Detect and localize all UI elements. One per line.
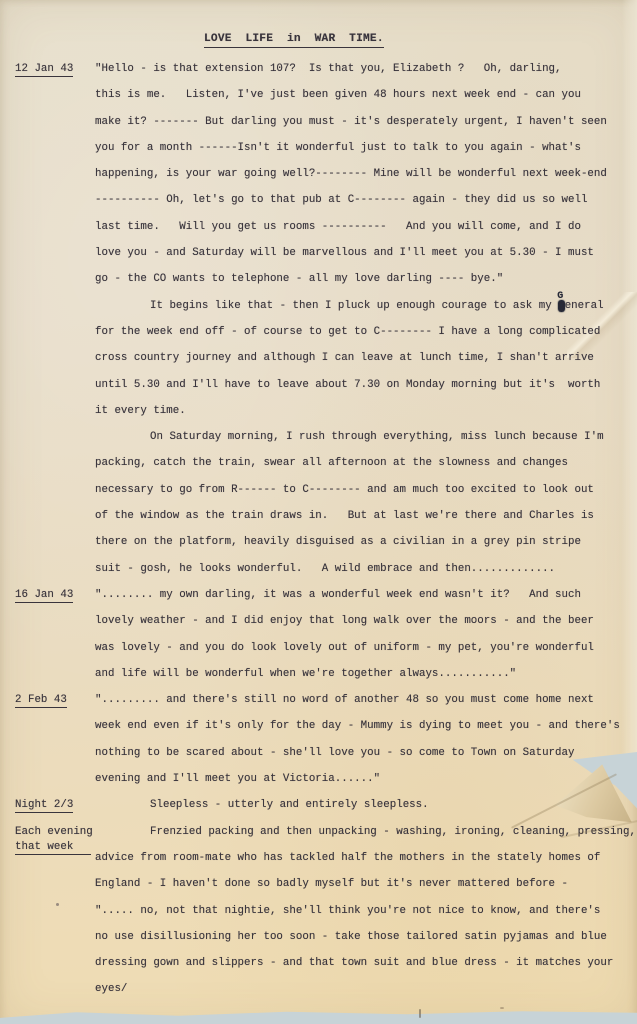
paper-speck bbox=[419, 1009, 421, 1018]
typed-line: ---------- Oh, let's go to that pub at C… bbox=[0, 194, 637, 220]
typed-text: love you - and Saturday will be marvello… bbox=[95, 247, 594, 259]
typed-line: for the week end off - of course to get … bbox=[0, 326, 637, 352]
typed-text: you for a month ------Isn't it wonderful… bbox=[95, 142, 581, 154]
typed-line: advice from room-mate who has tackled ha… bbox=[0, 852, 637, 878]
typed-text: On Saturday morning, I rush through ever… bbox=[150, 431, 604, 443]
typed-line: eyes/ bbox=[0, 983, 637, 1009]
typed-line: Each eveningthat weekFrenzied packing an… bbox=[0, 826, 637, 852]
margin-date-label: 2 Feb 43 bbox=[15, 694, 67, 708]
typed-text: eyes/ bbox=[95, 983, 127, 995]
typed-text: It begins like that - then I pluck up en… bbox=[150, 300, 604, 312]
typed-text: dressing gown and slippers - and that to… bbox=[95, 957, 613, 969]
typed-line: week end even if it's only for the day -… bbox=[0, 720, 637, 746]
typed-text: no use disillusioning her too soon - tak… bbox=[95, 931, 607, 943]
typed-line: until 5.30 and I'll have to leave about … bbox=[0, 379, 637, 405]
typed-text: cross country journey and although I can… bbox=[95, 352, 594, 364]
typed-line: England - I haven't done so badly myself… bbox=[0, 878, 637, 904]
typed-line: was lovely - and you do look lovely out … bbox=[0, 642, 637, 668]
typed-line: go - the CO wants to telephone - all my … bbox=[0, 273, 637, 299]
typed-text: it every time. bbox=[95, 405, 186, 417]
typed-text: of the window as the train draws in. But… bbox=[95, 510, 594, 522]
typed-line: lovely weather - and I did enjoy that lo… bbox=[0, 615, 637, 641]
typed-line: packing, catch the train, swear all afte… bbox=[0, 457, 637, 483]
typed-text: advice from room-mate who has tackled ha… bbox=[95, 852, 600, 864]
typed-text: for the week end off - of course to get … bbox=[95, 326, 600, 338]
typed-text: evening and I'll meet you at Victoria...… bbox=[95, 773, 380, 785]
typed-line: On Saturday morning, I rush through ever… bbox=[0, 431, 637, 457]
typed-text: until 5.30 and I'll have to leave about … bbox=[95, 379, 600, 391]
typed-line: happening, is your war going well?------… bbox=[0, 168, 637, 194]
paper-speck bbox=[500, 1007, 504, 1009]
handwritten-correction-letter: G bbox=[557, 291, 563, 302]
typed-text: "........ my own darling, it was a wonde… bbox=[95, 589, 581, 601]
typed-text: lovely weather - and I did enjoy that lo… bbox=[95, 615, 594, 627]
typed-text: necessary to go from R------ to C-------… bbox=[95, 484, 594, 496]
typed-text: Sleepless - utterly and entirely sleeple… bbox=[150, 799, 429, 811]
typed-line: and life will be wonderful when we're to… bbox=[0, 668, 637, 694]
margin-date-label: 16 Jan 43 bbox=[15, 589, 73, 603]
typed-line: cross country journey and although I can… bbox=[0, 352, 637, 378]
typed-line: necessary to go from R------ to C-------… bbox=[0, 484, 637, 510]
typed-lines: 12 Jan 43"Hello - is that extension 107?… bbox=[0, 63, 637, 1010]
margin-date-label: 12 Jan 43 bbox=[15, 63, 73, 77]
typed-text: "Hello - is that extension 107? Is that … bbox=[95, 63, 562, 75]
typed-text: nothing to be scared about - she'll love… bbox=[95, 747, 574, 759]
typed-line: 2 Feb 43"......... and there's still no … bbox=[0, 694, 637, 720]
typed-text-segment: It begins like that - then I pluck up en… bbox=[150, 300, 558, 312]
typed-line: you for a month ------Isn't it wonderful… bbox=[0, 142, 637, 168]
typed-line: "..... no, not that nightie, she'll thin… bbox=[0, 905, 637, 931]
typed-line: no use disillusioning her too soon - tak… bbox=[0, 931, 637, 957]
typed-line: make it? ------- But darling you must - … bbox=[0, 116, 637, 142]
typed-line: It begins like that - then I pluck up en… bbox=[0, 300, 637, 326]
typed-text: suit - gosh, he looks wonderful. A wild … bbox=[95, 563, 555, 575]
typed-line: it every time. bbox=[0, 405, 637, 431]
document-title: LOVE LIFE in WAR TIME. bbox=[204, 33, 384, 48]
typed-text: there on the platform, heavily disguised… bbox=[95, 536, 581, 548]
typed-text: and life will be wonderful when we're to… bbox=[95, 668, 516, 680]
typed-line: there on the platform, heavily disguised… bbox=[0, 536, 637, 562]
typed-line: love you - and Saturday will be marvello… bbox=[0, 247, 637, 273]
typed-line: last time. Will you get us rooms -------… bbox=[0, 221, 637, 247]
typed-text: this is me. Listen, I've just been given… bbox=[95, 89, 581, 101]
typed-text: was lovely - and you do look lovely out … bbox=[95, 642, 594, 654]
typed-text: England - I haven't done so badly myself… bbox=[95, 878, 568, 890]
typed-line: evening and I'll meet you at Victoria...… bbox=[0, 773, 637, 799]
typed-line: 12 Jan 43"Hello - is that extension 107?… bbox=[0, 63, 637, 89]
margin-date-label: Night 2/3 bbox=[15, 799, 73, 813]
typed-text: week end even if it's only for the day -… bbox=[95, 720, 620, 732]
typed-line: nothing to be scared about - she'll love… bbox=[0, 747, 637, 773]
typed-text: happening, is your war going well?------… bbox=[95, 168, 607, 180]
typed-text: go - the CO wants to telephone - all my … bbox=[95, 273, 503, 285]
paper-speck bbox=[56, 903, 59, 906]
typed-text: ---------- Oh, let's go to that pub at C… bbox=[95, 194, 587, 206]
typed-line: suit - gosh, he looks wonderful. A wild … bbox=[0, 563, 637, 589]
margin-date-label: Each evening bbox=[15, 826, 93, 838]
typed-line: dressing gown and slippers - and that to… bbox=[0, 957, 637, 983]
typed-text: packing, catch the train, swear all afte… bbox=[95, 457, 568, 469]
typed-text: last time. Will you get us rooms -------… bbox=[95, 221, 581, 233]
typed-line: this is me. Listen, I've just been given… bbox=[0, 89, 637, 115]
inked-over-correction: gG bbox=[558, 300, 564, 312]
typed-text: make it? ------- But darling you must - … bbox=[95, 116, 607, 128]
typed-line: 16 Jan 43"........ my own darling, it wa… bbox=[0, 589, 637, 615]
typed-line: of the window as the train draws in. But… bbox=[0, 510, 637, 536]
typed-text: "..... no, not that nightie, she'll thin… bbox=[95, 905, 600, 917]
typed-text: "......... and there's still no word of … bbox=[95, 694, 594, 706]
typed-text-segment: eneral bbox=[565, 300, 604, 312]
